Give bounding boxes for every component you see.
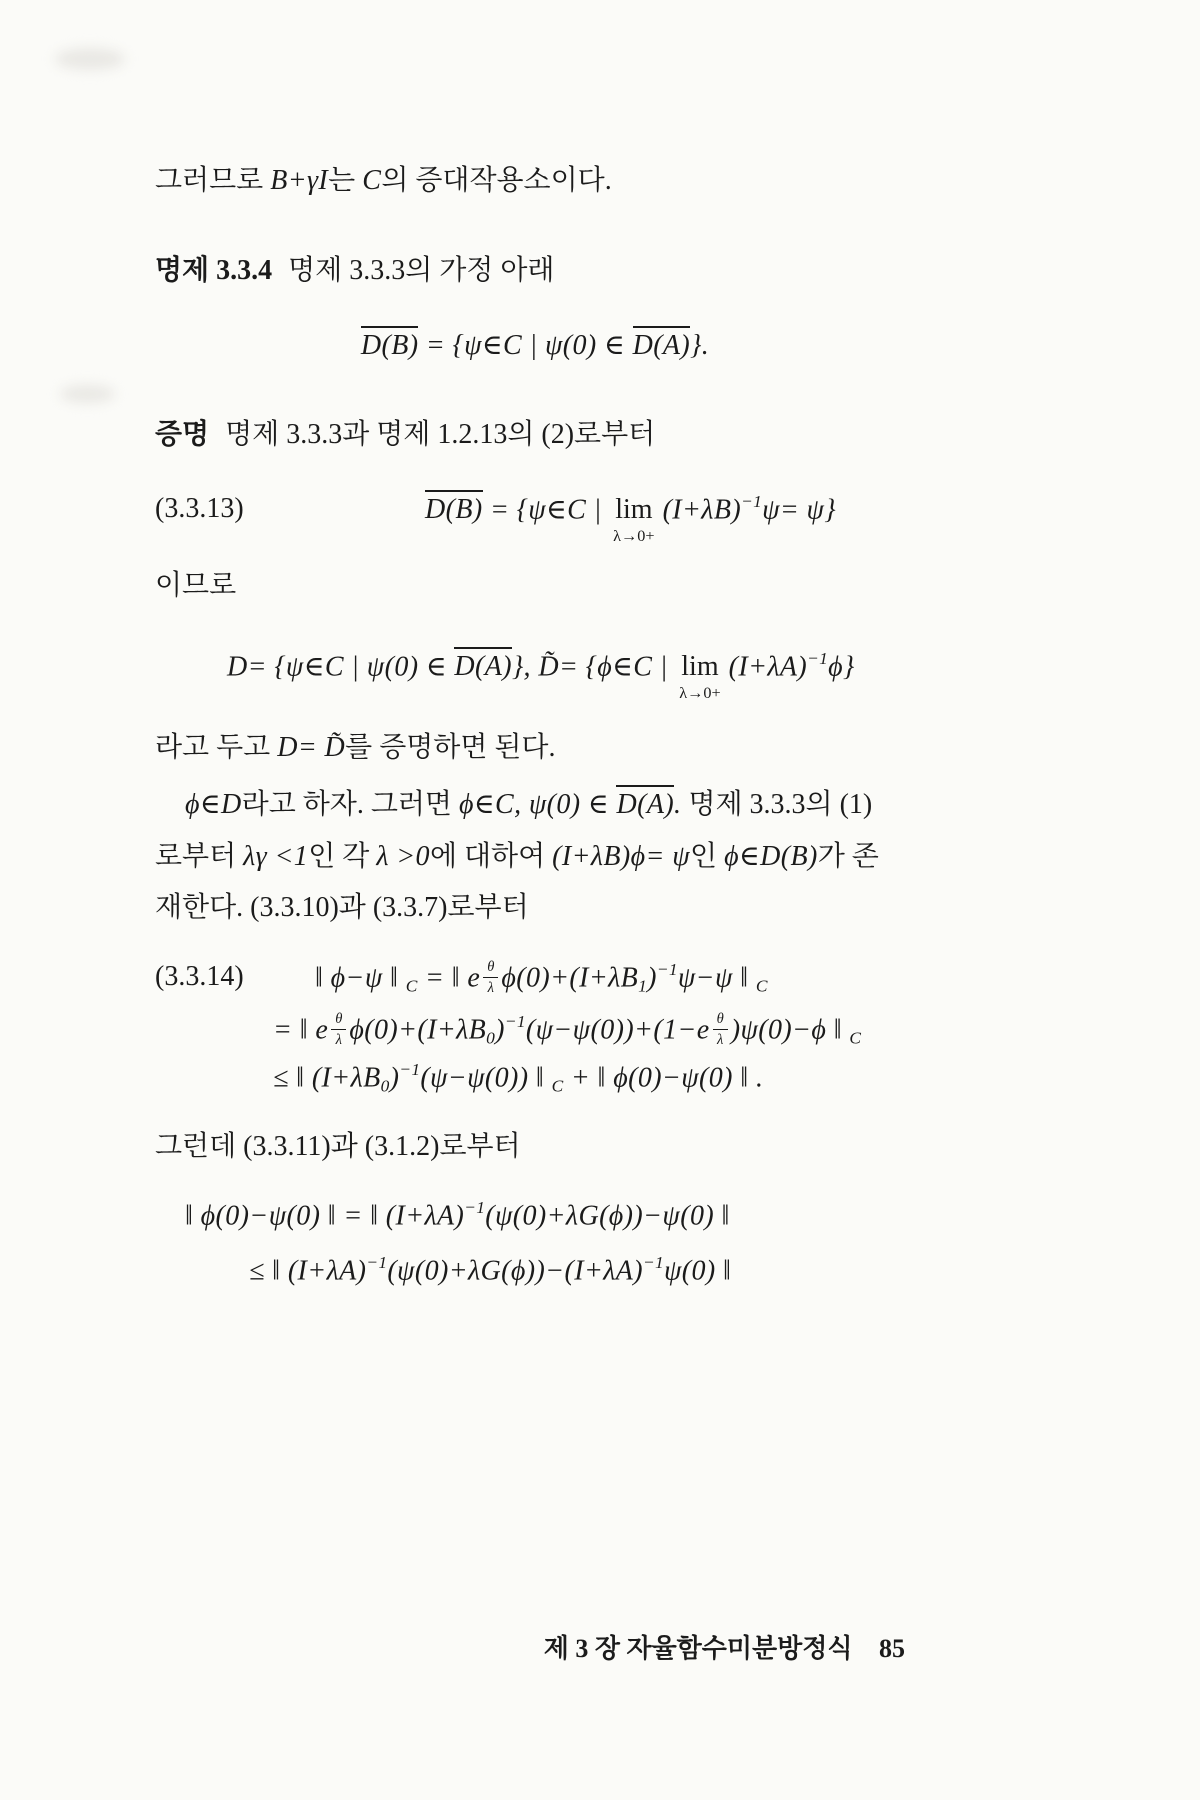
para-proof-line1: ϕ∈D라고 하자. 그러면 ϕ∈C, ψ(0) ∈ D(A). 명제 3.3.3… <box>155 779 915 831</box>
proof-heading: 증명명제 3.3.3과 명제 1.2.13의 (2)로부터 <box>155 416 915 454</box>
proposition-334-formula: D(B) = {ψ∈C | ψ(0) ∈ D(A)}. <box>155 326 915 365</box>
equation-3313-label: (3.3.13) <box>155 490 425 528</box>
connective-however: 그런데 (3.3.11)과 (3.1.2)로부터 <box>155 1128 915 1166</box>
equation-d-definition: D= {ψ∈C | ψ(0) ∈ D(A)}, D̃= {ϕ∈C | limλ→… <box>155 647 915 702</box>
para-goal: 라고 두고 D= D̃를 증명하면 된다. <box>155 729 915 767</box>
equation-3314-line1: (3.3.14) ‖ ϕ−ψ ‖ C = ‖ eθλϕ(0)+(I+λB1)−1… <box>155 958 915 998</box>
para-proof-line3: 재한다. (3.3.10)과 (3.3.7)로부터 <box>155 882 915 934</box>
equation-final-line1: ‖ ϕ(0)−ψ(0) ‖ = ‖ (I+λA)−1(ψ(0)+λG(ϕ))−ψ… <box>155 1196 915 1235</box>
page-footer: 제 3 장 자율함수미분방정식 85 <box>544 1628 905 1665</box>
page-number: 85 <box>879 1634 905 1663</box>
equation-3314-label: (3.3.14) <box>155 958 315 996</box>
para-conclusion: 그러므로 B+γI는 C의 증대작용소이다. <box>155 162 915 200</box>
book-page: 그러므로 B+γI는 C의 증대작용소이다. 명제 3.3.4명제 3.3.3의… <box>155 162 915 1290</box>
para-proof-line2: 로부터 λγ <1인 각 λ >0에 대하여 (I+λB)ϕ= ψ인 ϕ∈D(B… <box>155 831 915 883</box>
connective-therefore: 이므로 <box>155 567 915 605</box>
equation-3314-line2: = ‖ eθλϕ(0)+(I+λB0)−1(ψ−ψ(0))+(1−eθλ)ψ(0… <box>155 1010 915 1050</box>
proposition-334-heading: 명제 3.3.4명제 3.3.3의 가정 아래 <box>155 252 915 290</box>
equation-3313: (3.3.13) D(B) = {ψ∈C | limλ→0+(I+λB)−1ψ=… <box>155 490 915 545</box>
scan-smudge <box>55 48 125 70</box>
equation-final-line2: ≤ ‖ (I+λA)−1(ψ(0)+λG(ϕ))−(I+λA)−1ψ(0) ‖ <box>155 1251 915 1290</box>
equation-3313-body: D(B) = {ψ∈C | limλ→0+(I+λB)−1ψ= ψ} <box>425 490 836 545</box>
equation-3314-line3: ≤ ‖ (I+λB0)−1(ψ−ψ(0)) ‖ C + ‖ ϕ(0)−ψ(0) … <box>155 1058 915 1098</box>
scan-smudge <box>60 385 115 403</box>
chapter-title: 제 3 장 자율함수미분방정식 <box>544 1634 853 1663</box>
equation-3314-body: ‖ ϕ−ψ ‖ C = ‖ eθλϕ(0)+(I+λB1)−1ψ−ψ ‖ C <box>315 958 768 998</box>
